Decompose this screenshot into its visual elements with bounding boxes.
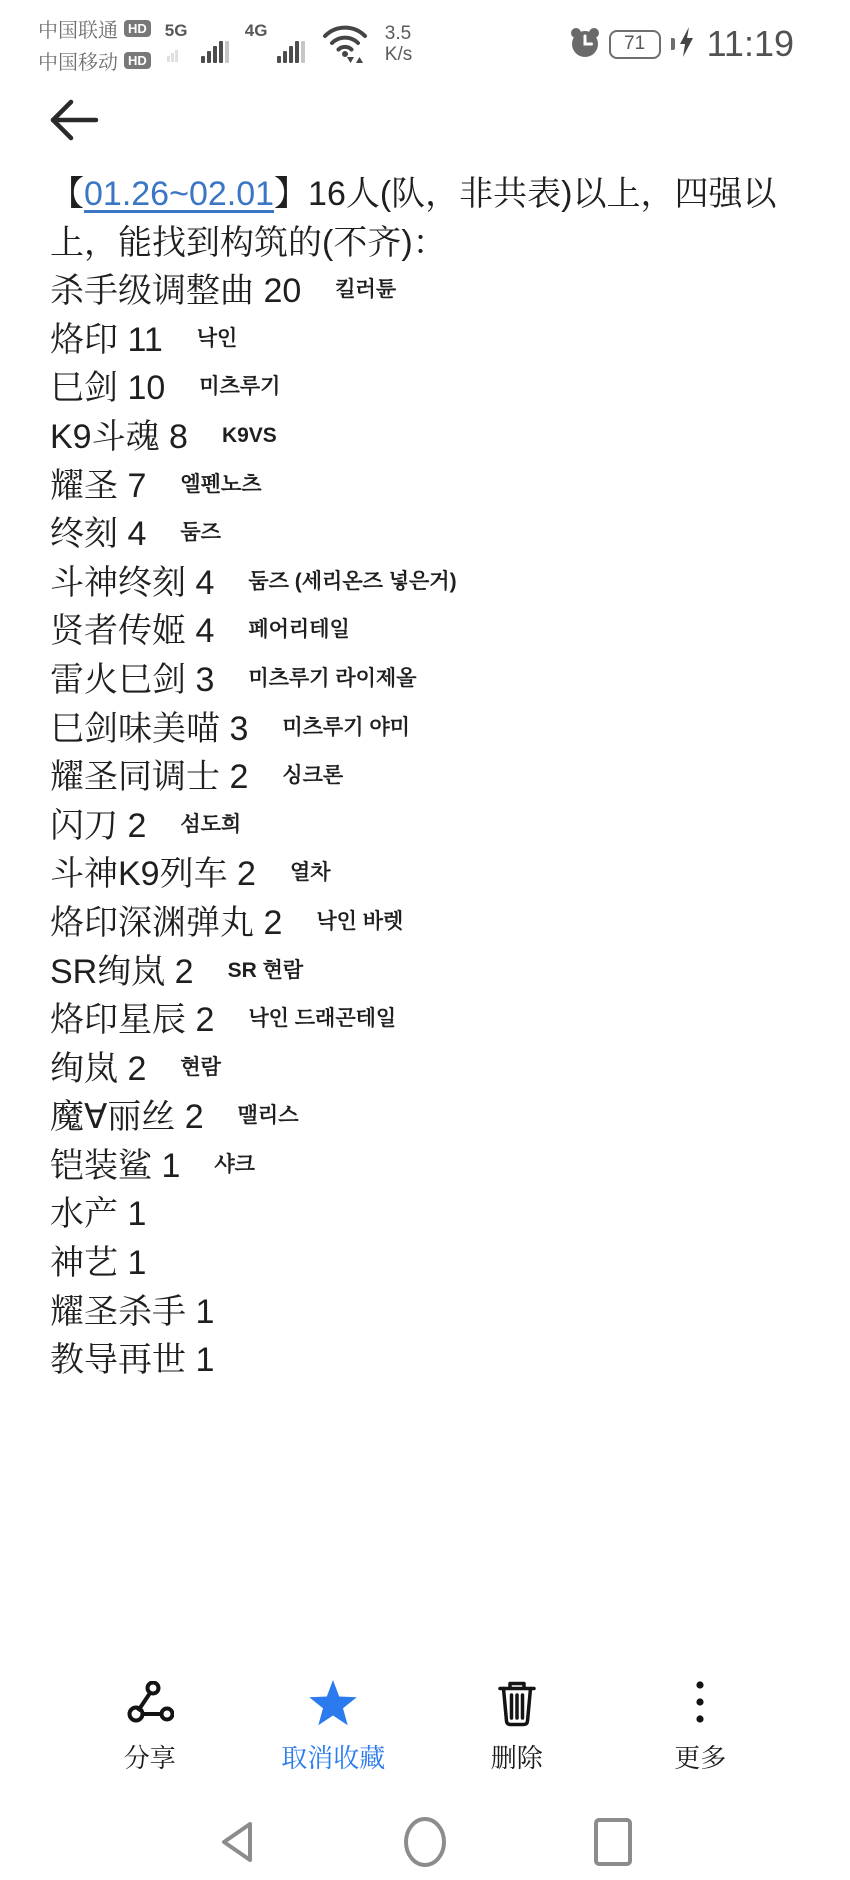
- share-label: 分享: [124, 1738, 176, 1775]
- deck-korean-name: 샤크: [214, 1141, 255, 1190]
- deck-korean-name: 미츠루기 야미: [282, 704, 410, 753]
- deck-name: 巳剑 10: [50, 364, 165, 413]
- battery-icon: 71: [609, 30, 661, 59]
- deck-name: 终刻 4: [50, 510, 146, 559]
- unfavorite-button[interactable]: 取消收藏: [242, 1662, 426, 1780]
- carrier-1: 中国联通: [38, 14, 118, 43]
- list-item: SR绚岚 2 SR 현람: [50, 948, 814, 997]
- list-item: 烙印深渊弹丸 2 낙인 바렛: [50, 899, 814, 948]
- bottom-toolbar: 分享 取消收藏 删除: [0, 1662, 850, 1780]
- deck-name: 耀圣同调士 2: [50, 753, 248, 802]
- nav-recents-square-icon: [593, 1817, 633, 1867]
- deck-korean-name: 킬러튠: [335, 266, 396, 315]
- nav-recents-button[interactable]: [591, 1816, 635, 1868]
- deck-korean-name: 엘펜노츠: [180, 461, 261, 510]
- list-item: 烙印 11 낙인: [50, 316, 814, 365]
- list-item: K9斗魂 8 K9VS: [50, 413, 814, 462]
- deck-name: 巳剑味美喵 3: [50, 705, 248, 754]
- deck-name: K9斗魂 8: [50, 413, 188, 462]
- list-item: 耀圣同调士 2 싱크론: [50, 753, 814, 802]
- network-type-1: 5G: [165, 21, 188, 41]
- list-item: 斗神终刻 4 둠즈 (세리온즈 넣은거): [50, 559, 814, 608]
- deck-name: 烙印深渊弹丸 2: [50, 899, 282, 948]
- deck-korean-name: 미츠루기: [199, 363, 280, 412]
- deck-name: SR绚岚 2: [50, 948, 194, 997]
- nav-back-button[interactable]: [215, 1816, 259, 1868]
- list-item: 魔∀丽丝 2 맬리스: [50, 1093, 814, 1142]
- delete-label: 删除: [491, 1738, 543, 1775]
- list-item: 神艺 1: [50, 1239, 814, 1288]
- deck-korean-name: 낙인: [197, 315, 238, 364]
- deck-name: 水产 1: [50, 1190, 146, 1239]
- sim2-signal-faint: [167, 50, 178, 62]
- deck-name: 烙印星辰 2: [50, 996, 214, 1045]
- list-item: 铠装鲨 1 샤크: [50, 1142, 814, 1191]
- list-item: 水产 1: [50, 1190, 814, 1239]
- list-item: 巳剑 10 미츠루기: [50, 364, 814, 413]
- signal-5g-icon: 5G: [165, 21, 231, 67]
- nav-home-circle-icon: [403, 1816, 447, 1868]
- list-item: 耀圣杀手 1: [50, 1288, 814, 1337]
- list-item: 雷火巳剑 3 미츠루기 라이제올: [50, 656, 814, 705]
- list-item: 耀圣 7 엘펜노츠: [50, 462, 814, 511]
- hd-badge-1: HD: [124, 20, 151, 37]
- list-item: 烙印星辰 2 낙인 드래곤테일: [50, 996, 814, 1045]
- deck-name: 斗神K9列车 2: [50, 850, 256, 899]
- deck-name: 耀圣 7: [50, 462, 146, 511]
- nav-home-button[interactable]: [403, 1816, 447, 1868]
- wifi-icon: [321, 20, 369, 69]
- delete-button[interactable]: 删除: [425, 1662, 609, 1780]
- deck-name: 斗神终刻 4: [50, 559, 214, 608]
- star-filled-icon: [306, 1678, 360, 1728]
- deck-korean-name: 둠즈 (세리온즈 넣은거): [248, 558, 456, 607]
- network-type-2: 4G: [245, 21, 268, 41]
- speed-unit: K/s: [385, 44, 412, 65]
- unfavorite-label: 取消收藏: [281, 1738, 385, 1775]
- list-item: 巳剑味美喵 3 미츠루기 야미: [50, 705, 814, 754]
- share-button[interactable]: 分享: [58, 1662, 242, 1780]
- deck-name: 耀圣杀手 1: [50, 1288, 214, 1337]
- charging-bolt-icon: [679, 27, 695, 62]
- speed-value: 3.5: [385, 23, 412, 44]
- more-vertical-icon: [694, 1678, 706, 1728]
- status-bar: 中国联通 HD 中国移动 HD 5G 4G: [0, 0, 850, 82]
- deck-korean-name: 미츠루기 라이제올: [248, 655, 416, 704]
- deck-korean-name: 낙인 바렛: [316, 898, 403, 947]
- list-item: 斗神K9列车 2 열차: [50, 850, 814, 899]
- deck-name: 烙印 11: [50, 316, 163, 365]
- more-button[interactable]: 更多: [609, 1662, 793, 1780]
- deck-name: 铠装鲨 1: [50, 1142, 180, 1191]
- list-item: 杀手级调整曲 20 킬러튠: [50, 267, 814, 316]
- signal-4g-icon: 4G: [245, 21, 307, 67]
- nav-back-triangle-icon: [217, 1818, 257, 1866]
- deck-korean-name: 섬도희: [180, 801, 241, 850]
- note-content: 【01.26~02.01】16人(队，非共表)以上，四强以上，能找到构筑的(不齐…: [50, 170, 814, 1385]
- deck-korean-name: 현람: [180, 1044, 221, 1093]
- list-item: 绚岚 2 현람: [50, 1045, 814, 1094]
- battery-level: 71: [624, 33, 645, 55]
- trash-icon: [494, 1678, 540, 1728]
- deck-name: 教导再世 1: [50, 1336, 214, 1385]
- list-item: 闪刀 2 섬도희: [50, 802, 814, 851]
- deck-name: 杀手级调整曲 20: [50, 267, 301, 316]
- deck-korean-name: 둠즈: [180, 509, 221, 558]
- arrow-left-icon: [46, 94, 102, 146]
- carrier-labels: 中国联通 HD 中国移动 HD: [38, 14, 151, 75]
- battery-cap: [671, 38, 675, 50]
- deck-name: 神艺 1: [50, 1239, 146, 1288]
- hd-badge-2: HD: [124, 52, 151, 69]
- back-button[interactable]: [46, 94, 102, 146]
- network-speed: 3.5 K/s: [385, 23, 412, 65]
- status-time: 11:19: [707, 23, 794, 65]
- deck-korean-name: 페어리테일: [248, 606, 349, 655]
- note-title: 【01.26~02.01】16人(队，非共表)以上，四强以上，能找到构筑的(不齐…: [50, 170, 814, 267]
- list-item: 贤者传姬 4 페어리테일: [50, 607, 814, 656]
- deck-korean-name: 싱크론: [282, 752, 343, 801]
- deck-name: 雷火巳剑 3: [50, 656, 214, 705]
- carrier-2: 中国移动: [38, 46, 118, 75]
- deck-name: 魔∀丽丝 2: [50, 1093, 204, 1142]
- title-link[interactable]: 01.26~02.01: [84, 175, 274, 213]
- alarm-icon: [569, 26, 601, 63]
- android-navbar: [0, 1804, 850, 1880]
- deck-list: 杀手级调整曲 20 킬러튠 烙印 11 낙인 巳剑 10 미츠루기 K9斗魂 8…: [50, 267, 814, 1385]
- deck-name: 绚岚 2: [50, 1045, 146, 1094]
- list-item: 教导再世 1: [50, 1336, 814, 1385]
- title-prefix: 【: [50, 175, 84, 213]
- deck-name: 闪刀 2: [50, 802, 146, 851]
- deck-name: 贤者传姬 4: [50, 607, 214, 656]
- deck-korean-name: 맬리스: [238, 1092, 299, 1141]
- more-label: 更多: [674, 1738, 726, 1775]
- deck-korean-name: 열차: [290, 849, 331, 898]
- deck-korean-name: SR 현람: [228, 947, 304, 996]
- share-icon: [126, 1678, 174, 1728]
- list-item: 终刻 4 둠즈: [50, 510, 814, 559]
- deck-korean-name: K9VS: [222, 412, 277, 461]
- deck-korean-name: 낙인 드래곤테일: [248, 995, 396, 1044]
